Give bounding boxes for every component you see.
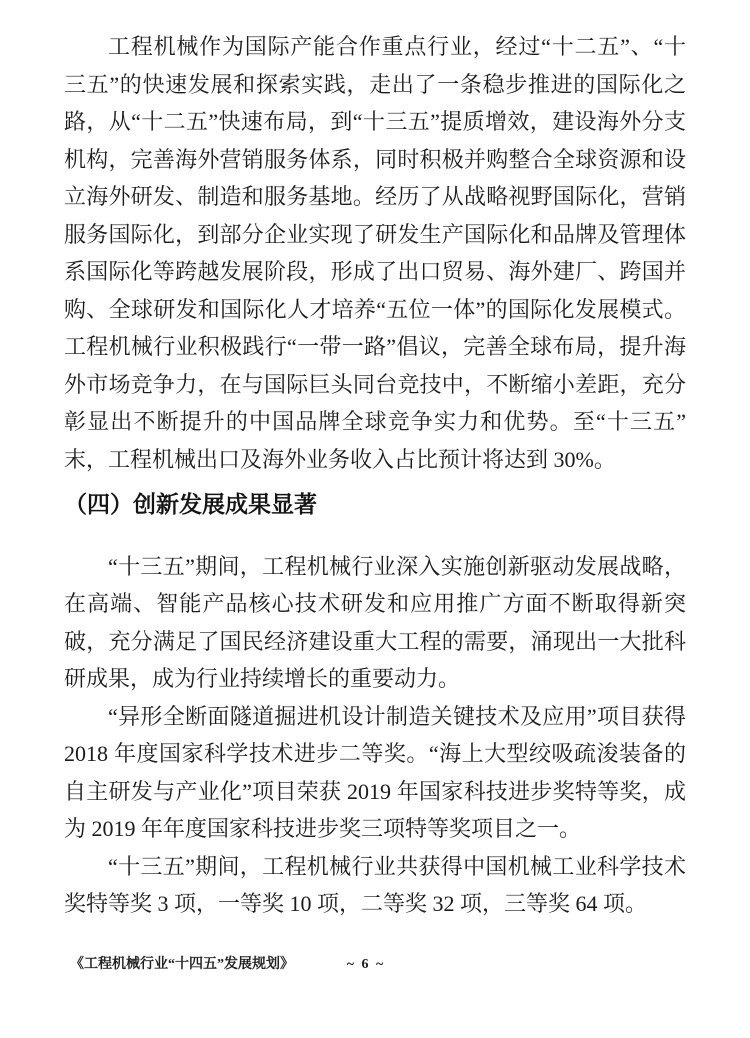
footer-page-number: ~ 6 ~ <box>55 953 677 977</box>
section-heading-innovation-achievements: （四）创新发展成果显著 <box>64 486 686 524</box>
paragraph-innovation-overview: “十三五”期间，工程机械行业深入实施创新驱动发展战略，在高端、智能产品核心技术研… <box>64 548 686 698</box>
document-page: 工程机械作为国际产能合作重点行业，经过“十二五”、“十三五”的快速发展和探索实践… <box>0 0 750 1038</box>
paragraph-machinery-awards: “十三五”期间，工程机械行业共获得中国机械工业科学技术奖特等奖 3 项，一等奖 … <box>64 848 686 923</box>
page-content: 工程机械作为国际产能合作重点行业，经过“十二五”、“十三五”的快速发展和探索实践… <box>64 28 686 923</box>
page-footer: 《工程机械行业“十四五”发展规划》 ~ 6 ~ <box>64 953 686 977</box>
paragraph-internationalization: 工程机械作为国际产能合作重点行业，经过“十二五”、“十三五”的快速发展和探索实践… <box>64 28 686 478</box>
paragraph-national-awards: “异形全断面隧道掘进机设计制造关键技术及应用”项目获得 2018 年度国家科学技… <box>64 698 686 848</box>
